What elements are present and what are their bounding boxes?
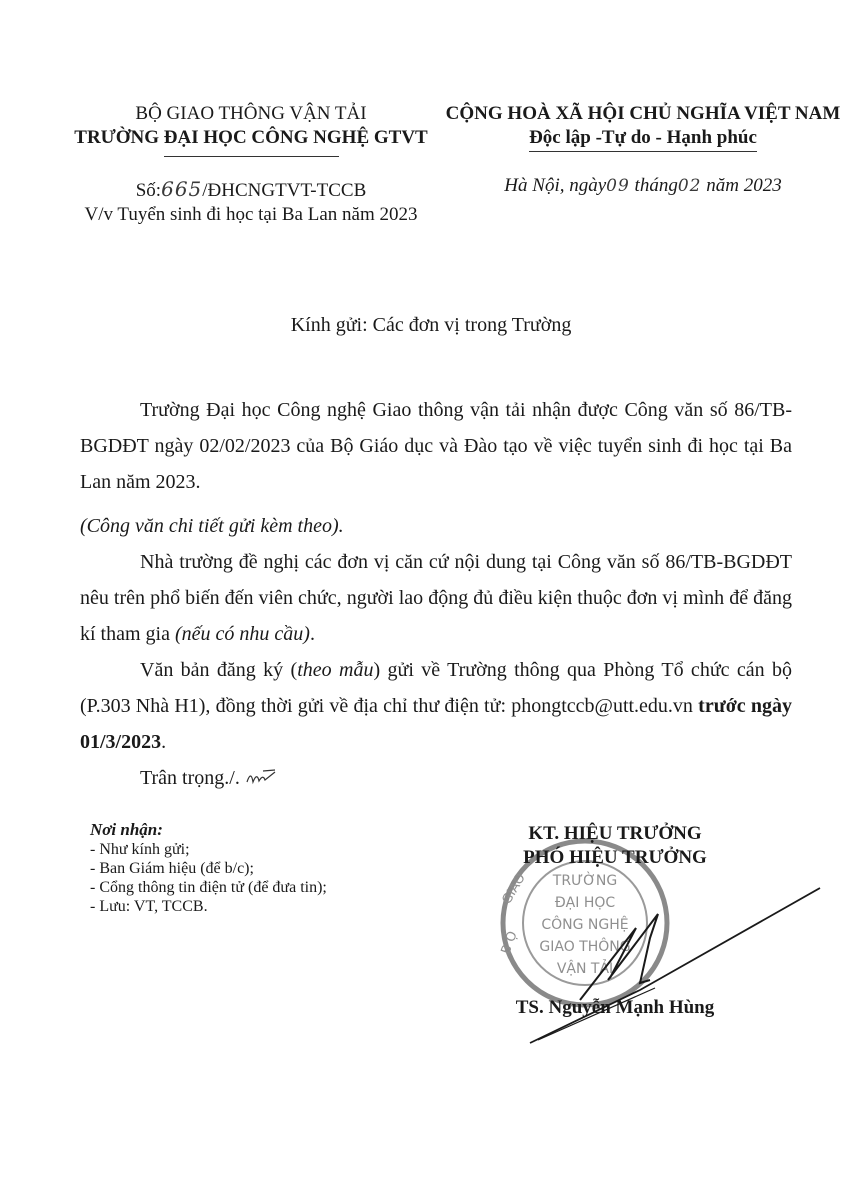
- recipient-item: - Như kính gửi;: [90, 840, 420, 859]
- paragraph-2: Nhà trường đề nghị các đơn vị căn cứ nội…: [80, 544, 792, 652]
- initials-scribble-icon: [245, 768, 277, 786]
- signature-title-2: PHÓ HIỆU TRƯỞNG: [470, 846, 760, 870]
- document-number: Số:665/ĐHCNGTVT-TCCB: [68, 177, 434, 203]
- paragraph-1: Trường Đại học Công nghệ Giao thông vận …: [80, 392, 792, 500]
- signature-title-1: KT. HIỆU TRƯỞNG: [470, 822, 760, 846]
- document-subject: V/v Tuyển sinh đi học tại Ba Lan năm 202…: [68, 203, 434, 227]
- recipient-item: - Lưu: VT, TCCB.: [90, 897, 420, 916]
- paragraph-3-text-a: Văn bản đăng ký (: [140, 659, 297, 681]
- date-month-label: tháng: [635, 175, 678, 196]
- paragraph-3-end: .: [161, 731, 166, 753]
- document-body: Trường Đại học Công nghệ Giao thông vận …: [80, 392, 792, 796]
- signature-block: KT. HIỆU TRƯỞNG PHÓ HIỆU TRƯỞNG: [470, 822, 760, 870]
- date-month: 02: [678, 176, 702, 196]
- date-line: Hà Nội, ngày09 tháng02 năm 2023: [438, 175, 848, 197]
- number-handwritten: 665: [161, 177, 202, 201]
- attachment-note: (Công văn chi tiết gửi kèm theo).: [80, 508, 792, 544]
- greeting: Kính gửi: Các đơn vị trong Trường: [0, 314, 862, 337]
- date-day: 09: [606, 176, 630, 196]
- motto: Độc lập -Tự do - Hạnh phúc: [529, 126, 757, 152]
- university-name: TRƯỜNG ĐẠI HỌC CÔNG NGHỆ GTVT: [68, 126, 434, 150]
- issuer-block: BỘ GIAO THÔNG VẬN TẢI TRƯỜNG ĐẠI HỌC CÔN…: [68, 102, 434, 227]
- signer-name: TS. Nguyễn Mạnh Hùng: [470, 996, 760, 1020]
- recipients-title: Nơi nhận:: [90, 820, 420, 840]
- divider: [164, 156, 339, 157]
- ministry-name: BỘ GIAO THÔNG VẬN TẢI: [68, 102, 434, 126]
- paragraph-3-italic: theo mẫu: [297, 659, 373, 681]
- date-year: năm 2023: [706, 175, 781, 196]
- recipients-block: Nơi nhận: - Như kính gửi; - Ban Giám hiệ…: [90, 820, 420, 916]
- handwritten-signature-icon: [440, 880, 860, 1055]
- nation-name: CỘNG HOÀ XÃ HỘI CHỦ NGHĨA VIỆT NAM: [438, 102, 848, 126]
- recipient-item: - Cổng thông tin điện tử (để đưa tin);: [90, 878, 420, 897]
- closing: Trân trọng./.: [80, 760, 792, 796]
- recipient-item: - Ban Giám hiệu (để b/c);: [90, 859, 420, 878]
- date-place: Hà Nội, ngày: [504, 175, 606, 196]
- nation-block: CỘNG HOÀ XÃ HỘI CHỦ NGHĨA VIỆT NAM Độc l…: [438, 102, 848, 197]
- paragraph-3: Văn bản đăng ký (theo mẫu) gửi về Trường…: [80, 652, 792, 760]
- signer-name-wrap: TS. Nguyễn Mạnh Hùng: [470, 996, 760, 1020]
- paragraph-2-italic: (nếu có nhu cầu): [175, 623, 310, 645]
- number-prefix: Số:: [136, 180, 161, 201]
- paragraph-2-end: .: [310, 623, 315, 645]
- number-suffix: /ĐHCNGTVT-TCCB: [202, 180, 366, 201]
- closing-text: Trân trọng./.: [140, 767, 240, 789]
